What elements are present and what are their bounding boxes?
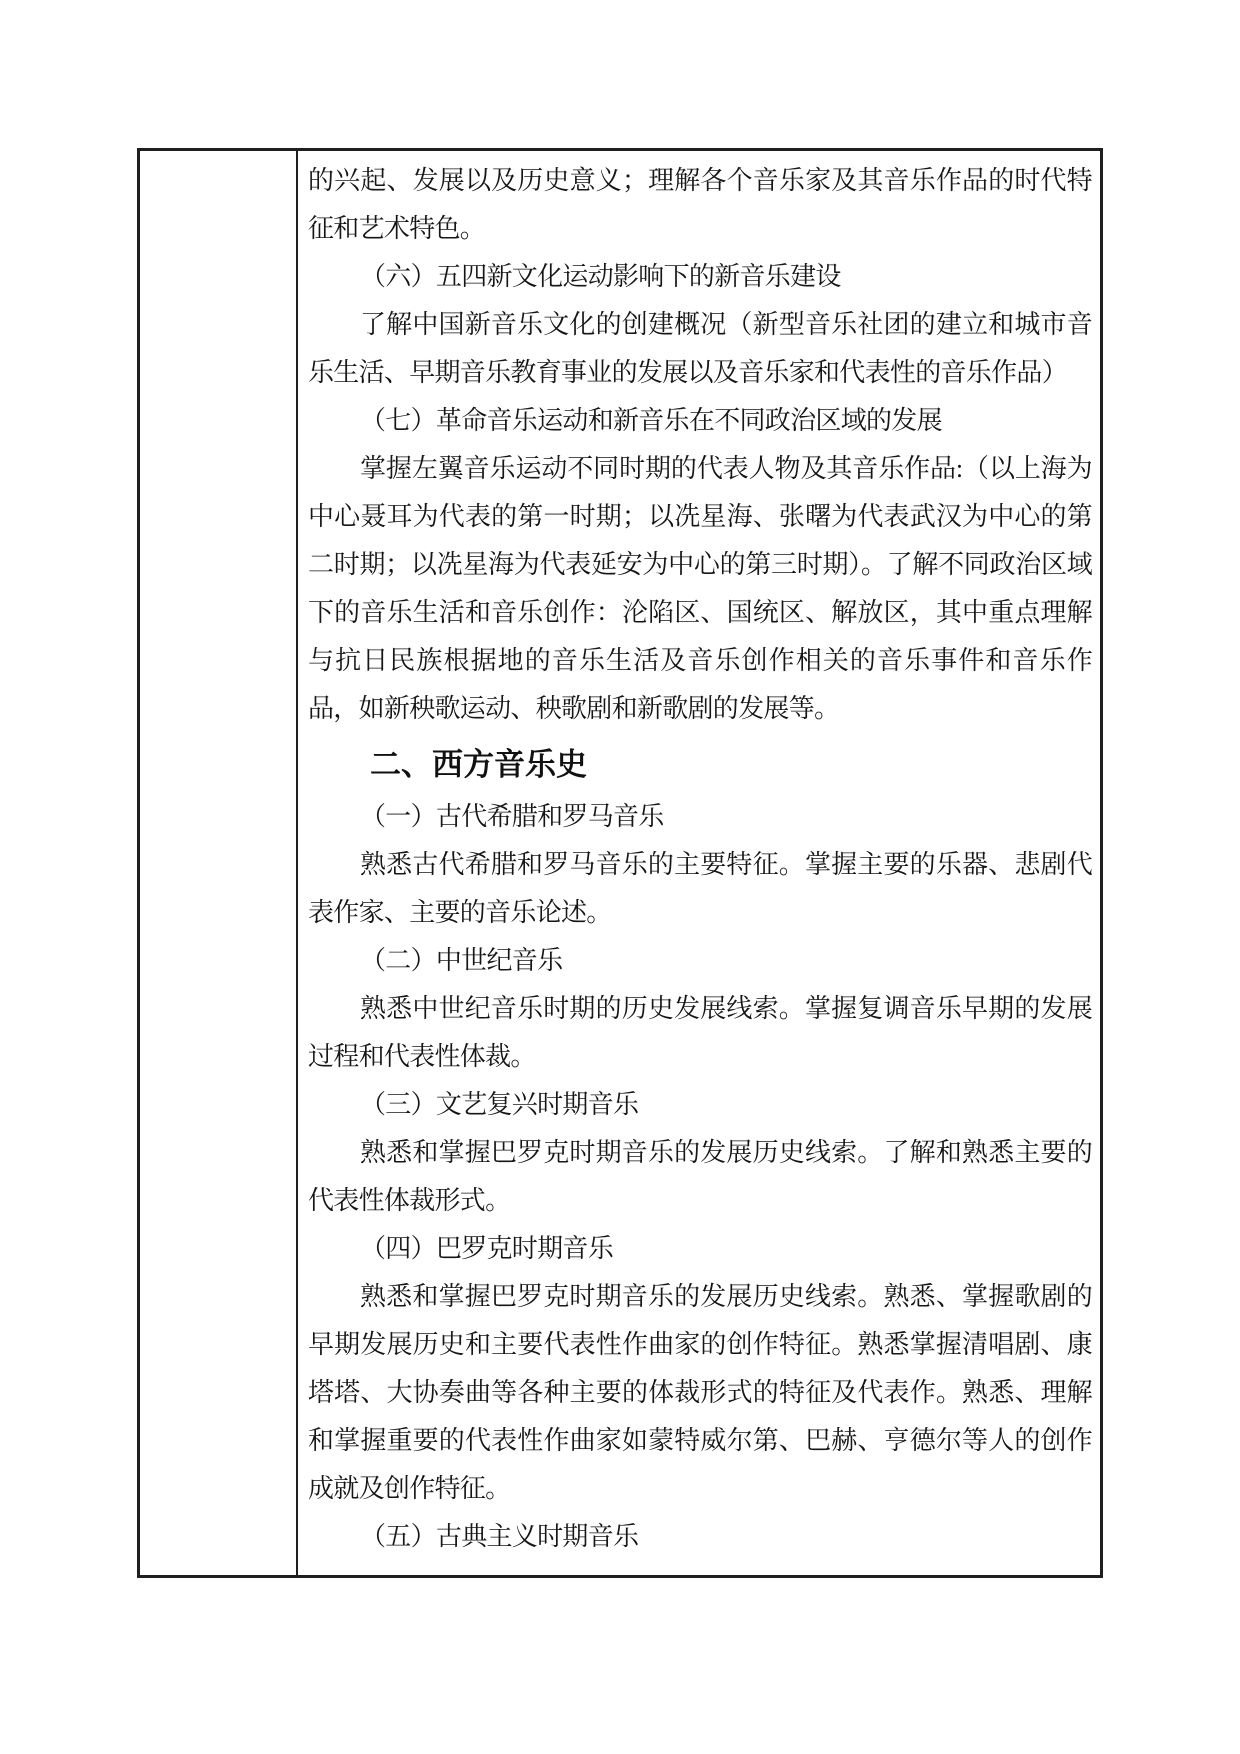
- table-left-cell: [140, 151, 298, 1575]
- western-item-3-heading: （三）文艺复兴时期音乐: [308, 1081, 1092, 1129]
- section-western-music-history-heading: 二、西方音乐史: [308, 741, 1092, 789]
- table-content-cell: 的兴起、发展以及历史意义；理解各个音乐家及其音乐作品的时代特征和艺术特色。 （六…: [298, 151, 1100, 1575]
- paragraph-continuation: 的兴起、发展以及历史意义；理解各个音乐家及其音乐作品的时代特征和艺术特色。: [308, 157, 1092, 253]
- western-item-2-heading: （二）中世纪音乐: [308, 937, 1092, 985]
- western-item-2-body: 熟悉中世纪音乐时期的历史发展线索。掌握复调音乐早期的发展过程和代表性体裁。: [308, 985, 1092, 1081]
- western-item-4-body: 熟悉和掌握巴罗克时期音乐的发展历史线索。熟悉、掌握歌剧的早期发展历史和主要代表性…: [308, 1273, 1092, 1513]
- item-6-heading: （六）五四新文化运动影响下的新音乐建设: [308, 253, 1092, 301]
- western-item-5-heading: （五）古典主义时期音乐: [308, 1513, 1092, 1561]
- item-7-body: 掌握左翼音乐运动不同时期的代表人物及其音乐作品:（以上海为中心聂耳为代表的第一时…: [308, 445, 1092, 733]
- western-item-4-heading: （四）巴罗克时期音乐: [308, 1225, 1092, 1273]
- syllabus-table: 的兴起、发展以及历史意义；理解各个音乐家及其音乐作品的时代特征和艺术特色。 （六…: [137, 148, 1103, 1578]
- western-item-3-body: 熟悉和掌握巴罗克时期音乐的发展历史线索。了解和熟悉主要的代表性体裁形式。: [308, 1129, 1092, 1225]
- western-item-1-heading: （一）古代希腊和罗马音乐: [308, 793, 1092, 841]
- item-6-body: 了解中国新音乐文化的创建概况（新型音乐社团的建立和城市音乐生活、早期音乐教育事业…: [308, 301, 1092, 397]
- western-item-1-body: 熟悉古代希腊和罗马音乐的主要特征。掌握主要的乐器、悲剧代表作家、主要的音乐论述。: [308, 841, 1092, 937]
- item-7-heading: （七）革命音乐运动和新音乐在不同政治区域的发展: [308, 397, 1092, 445]
